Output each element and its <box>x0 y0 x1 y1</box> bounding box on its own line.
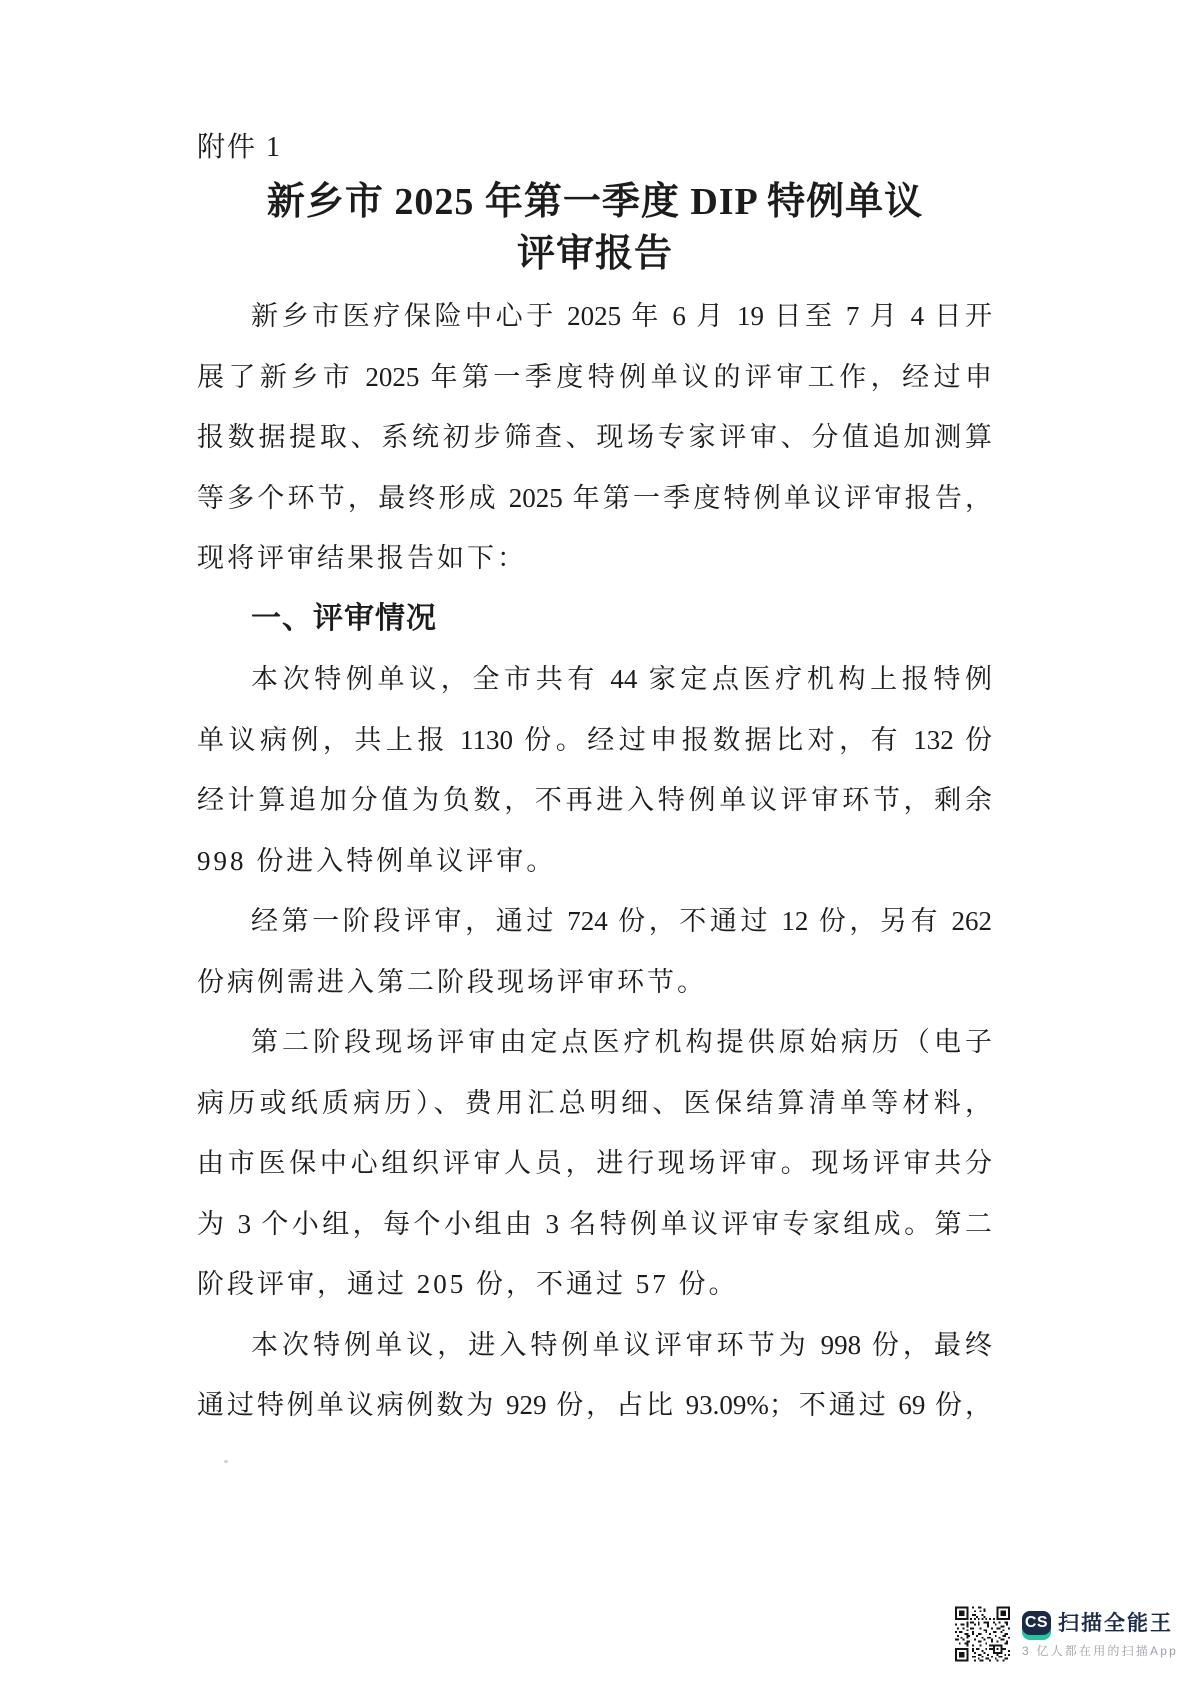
body-line: 经第一阶段评审，通过 724 份，不通过 12 份，另有 262 <box>197 891 992 952</box>
body-line: 本次特例单议，全市共有 44 家定点医疗机构上报特例 <box>197 649 992 710</box>
attachment-label: 附件 1 <box>197 132 282 164</box>
body-line: 阶段评审，通过 205 份，不通过 57 份。 <box>197 1254 992 1315</box>
body-line: 等多个环节，最终形成 2025 年第一季度特例单议评审报告， <box>197 468 992 529</box>
body-line: 本次特例单议，进入特例单议评审环节为 998 份，最终 <box>197 1315 992 1376</box>
camscanner-tagline: 3 亿人都在用的扫描App <box>1022 1644 1178 1658</box>
document-title-line-2: 评审报告 <box>0 232 1190 276</box>
camscanner-app-name: 扫描全能王 <box>1058 1611 1173 1637</box>
body-line: 新乡市医疗保险中心于 2025 年 6 月 19 日至 7 月 4 日开 <box>197 286 992 347</box>
body-line: 第二阶段现场评审由定点医疗机构提供原始病历（电子 <box>197 1012 992 1073</box>
document-body: 新乡市医疗保险中心于 2025 年 6 月 19 日至 7 月 4 日开 展了新… <box>197 286 992 1436</box>
body-line: 单议病例，共上报 1130 份。经过申报数据比对，有 132 份 <box>197 710 992 771</box>
camscanner-logo-text: CS <box>1022 1611 1051 1635</box>
camscanner-logo-icon: CS <box>1022 1611 1051 1640</box>
body-line: 份病例需进入第二阶段现场评审环节。 <box>197 952 992 1013</box>
body-line: 现将评审结果报告如下： <box>197 528 992 589</box>
document-title-line-1: 新乡市 2025 年第一季度 DIP 特例单议 <box>0 180 1190 224</box>
body-line: 为 3 个小组，每个小组由 3 名特例单议评审专家组成。第二 <box>197 1194 992 1255</box>
scan-speck <box>224 1460 228 1463</box>
body-line: 展了新乡市 2025 年第一季度特例单议的评审工作，经过申 <box>197 347 992 408</box>
scanned-document-page: 附件 1 新乡市 2025 年第一季度 DIP 特例单议 评审报告 新乡市医疗保… <box>0 0 1190 1684</box>
body-line: 通过特例单议病例数为 929 份，占比 93.09%；不通过 69 份， <box>197 1375 992 1436</box>
section-heading: 一、评审情况 <box>197 589 992 650</box>
camscanner-watermark: CS 扫描全能王 3 亿人都在用的扫描App <box>954 1602 1169 1666</box>
qr-code-icon <box>955 1605 1010 1663</box>
body-line: 998 份进入特例单议评审。 <box>197 831 992 892</box>
body-line: 经计算追加分值为负数，不再进入特例单议评审环节，剩余 <box>197 770 992 831</box>
body-line: 病历或纸质病历）、费用汇总明细、医保结算清单等材料， <box>197 1073 992 1134</box>
body-line: 由市医保中心组织评审人员，进行现场评审。现场评审共分 <box>197 1133 992 1194</box>
body-line: 报数据提取、系统初步筛查、现场专家评审、分值追加测算 <box>197 407 992 468</box>
